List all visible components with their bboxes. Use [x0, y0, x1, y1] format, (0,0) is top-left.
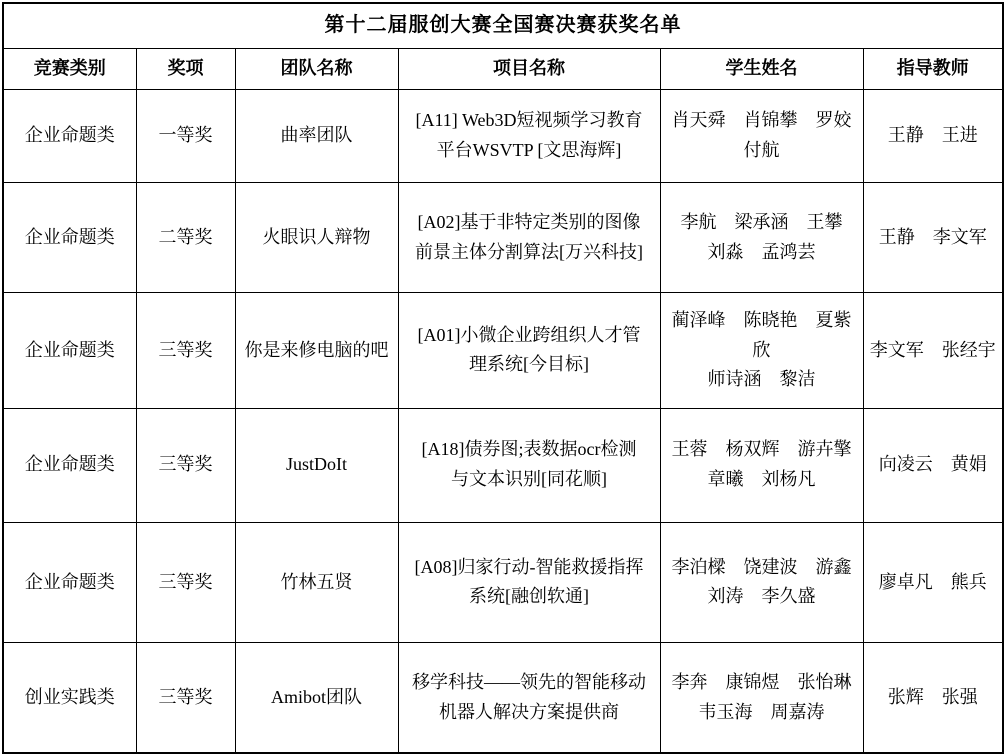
- cell-project: 移学科技——领先的智能移动 机器人解决方案提供商: [398, 643, 660, 753]
- table-row: 企业命题类 一等奖 曲率团队 [A11] Web3D短视频学习教育 平台WSVT…: [3, 89, 1003, 182]
- cell-category: 创业实践类: [3, 643, 136, 753]
- header-students: 学生姓名: [660, 48, 863, 89]
- cell-teachers: 李文军 张经宇: [863, 293, 1003, 408]
- cell-team: Amibot团队: [235, 643, 398, 753]
- header-teachers: 指导教师: [863, 48, 1003, 89]
- cell-award: 三等奖: [136, 408, 235, 522]
- table-row: 企业命题类 三等奖 竹林五贤 [A08]归家行动-智能救援指挥 系统[融创软通]…: [3, 522, 1003, 642]
- cell-project: [A18]债券图;表数据ocr检测 与文本识别[同花顺]: [398, 408, 660, 522]
- cell-project: [A02]基于非特定类别的图像 前景主体分割算法[万兴科技]: [398, 182, 660, 292]
- cell-award: 三等奖: [136, 522, 235, 642]
- table-header-row: 竞赛类别 奖项 团队名称 项目名称 学生姓名 指导教师: [3, 48, 1003, 89]
- cell-team: JustDoIt: [235, 408, 398, 522]
- award-table: 第十二届服创大赛全国赛决赛获奖名单 竞赛类别 奖项 团队名称 项目名称 学生姓名…: [2, 2, 1004, 754]
- table-row: 创业实践类 三等奖 Amibot团队 移学科技——领先的智能移动 机器人解决方案…: [3, 643, 1003, 753]
- cell-team: 曲率团队: [235, 89, 398, 182]
- cell-award: 一等奖: [136, 89, 235, 182]
- cell-students: 李奔 康锦煜 张怡琳 韦玉海 周嘉涛: [660, 643, 863, 753]
- table-title-row: 第十二届服创大赛全国赛决赛获奖名单: [3, 3, 1003, 48]
- cell-project: [A08]归家行动-智能救援指挥 系统[融创软通]: [398, 522, 660, 642]
- cell-category: 企业命题类: [3, 293, 136, 408]
- cell-teachers: 王静 李文军: [863, 182, 1003, 292]
- cell-students: 肖天舜 肖锦攀 罗姣 付航: [660, 89, 863, 182]
- cell-award: 二等奖: [136, 182, 235, 292]
- cell-students: 李泊樑 饶建波 游鑫 刘涛 李久盛: [660, 522, 863, 642]
- header-award: 奖项: [136, 48, 235, 89]
- cell-students: 王蓉 杨双辉 游卉擎 章曦 刘杨凡: [660, 408, 863, 522]
- cell-team: 竹林五贤: [235, 522, 398, 642]
- page-title: 第十二届服创大赛全国赛决赛获奖名单: [3, 3, 1003, 48]
- cell-students: 蔺泽峰 陈晓艳 夏紫欣 师诗涵 黎洁: [660, 293, 863, 408]
- cell-project: [A11] Web3D短视频学习教育 平台WSVTP [文思海辉]: [398, 89, 660, 182]
- cell-teachers: 王静 王进: [863, 89, 1003, 182]
- cell-teachers: 向凌云 黄娟: [863, 408, 1003, 522]
- cell-teachers: 廖卓凡 熊兵: [863, 522, 1003, 642]
- table-row: 企业命题类 二等奖 火眼识人辩物 [A02]基于非特定类别的图像 前景主体分割算…: [3, 182, 1003, 292]
- header-project: 项目名称: [398, 48, 660, 89]
- cell-category: 企业命题类: [3, 182, 136, 292]
- cell-team: 火眼识人辩物: [235, 182, 398, 292]
- cell-category: 企业命题类: [3, 522, 136, 642]
- cell-team: 你是来修电脑的吧: [235, 293, 398, 408]
- cell-award: 三等奖: [136, 293, 235, 408]
- header-team: 团队名称: [235, 48, 398, 89]
- cell-project: [A01]小微企业跨组织人才管 理系统[今目标]: [398, 293, 660, 408]
- header-category: 竞赛类别: [3, 48, 136, 89]
- award-list-page: 第十二届服创大赛全国赛决赛获奖名单 竞赛类别 奖项 团队名称 项目名称 学生姓名…: [0, 0, 1004, 756]
- cell-students: 李航 梁承涵 王攀 刘淼 孟鸿芸: [660, 182, 863, 292]
- table-row: 企业命题类 三等奖 JustDoIt [A18]债券图;表数据ocr检测 与文本…: [3, 408, 1003, 522]
- cell-teachers: 张辉 张强: [863, 643, 1003, 753]
- cell-category: 企业命题类: [3, 89, 136, 182]
- cell-award: 三等奖: [136, 643, 235, 753]
- table-row: 企业命题类 三等奖 你是来修电脑的吧 [A01]小微企业跨组织人才管 理系统[今…: [3, 293, 1003, 408]
- cell-category: 企业命题类: [3, 408, 136, 522]
